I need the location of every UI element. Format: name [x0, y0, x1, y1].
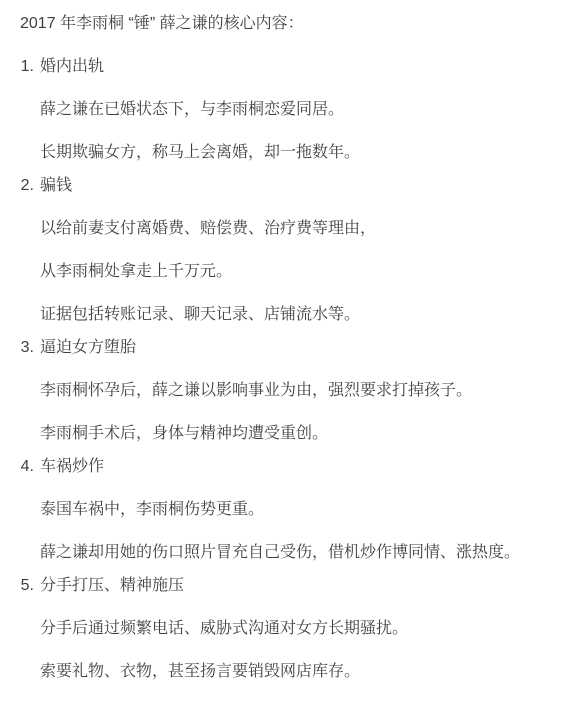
list-item-paragraph: 证据包括转账记录、聊天记录、店铺流水等。 — [40, 303, 552, 327]
list-item: 1. 婚内出轨 薛之谦在已婚状态下，与李雨桐恋爱同居。 长期欺骗女方，称马上会离… — [40, 55, 552, 165]
list-item-paragraph: 分手后通过频繁电话、威胁式沟通对女方长期骚扰。 — [40, 617, 552, 641]
list-item-number: 1. — [21, 55, 34, 79]
list-item-heading: 3. 逼迫女方堕胎 — [40, 336, 552, 360]
list-item-paragraph: 长期欺骗女方，称马上会离婚，却一拖数年。 — [40, 141, 552, 165]
list-item-title: 车祸炒作 — [40, 458, 104, 475]
list-item-title: 逼迫女方堕胎 — [40, 339, 136, 356]
list-item-paragraph: 以给前妻支付离婚费、赔偿费、治疗费等理由， — [40, 217, 552, 241]
list-item: 5. 分手打压、精神施压 分手后通过频繁电话、威胁式沟通对女方长期骚扰。 索要礼… — [40, 574, 552, 684]
page: { "colors": { "background": "#ffffff", "… — [0, 0, 570, 703]
list-item-title: 婚内出轨 — [40, 58, 104, 75]
list-item-title: 分手打压、精神施压 — [40, 577, 184, 594]
list-item-number: 4. — [21, 455, 34, 479]
list-item: 3. 逼迫女方堕胎 李雨桐怀孕后，薛之谦以影响事业为由，强烈要求打掉孩子。 李雨… — [40, 336, 552, 446]
document-body: 2017 年李雨桐 “锤” 薛之谦的核心内容： 1. 婚内出轨 薛之谦在已婚状态… — [0, 0, 570, 703]
list-item-heading: 5. 分手打压、精神施压 — [40, 574, 552, 598]
list-item-number: 2. — [21, 174, 34, 198]
list-item-number: 3. — [21, 336, 34, 360]
list-item-paragraph: 薛之谦在已婚状态下，与李雨桐恋爱同居。 — [40, 98, 552, 122]
list-item-heading: 1. 婚内出轨 — [40, 55, 552, 79]
list-item-paragraph: 索要礼物、衣物，甚至扬言要销毁网店库存。 — [40, 660, 552, 684]
list-item-paragraph: 李雨桐怀孕后，薛之谦以影响事业为由，强烈要求打掉孩子。 — [40, 379, 552, 403]
list-item-title: 骗钱 — [40, 177, 72, 194]
list-item-heading: 2. 骗钱 — [40, 174, 552, 198]
list-item-paragraph: 李雨桐手术后，身体与精神均遭受重创。 — [40, 422, 552, 446]
list-item-paragraph: 泰国车祸中，李雨桐伤势更重。 — [40, 498, 552, 522]
list-item-heading: 4. 车祸炒作 — [40, 455, 552, 479]
numbered-list: 1. 婚内出轨 薛之谦在已婚状态下，与李雨桐恋爱同居。 长期欺骗女方，称马上会离… — [20, 55, 552, 684]
list-item-paragraph: 从李雨桐处拿走上千万元。 — [40, 260, 552, 284]
list-item: 2. 骗钱 以给前妻支付离婚费、赔偿费、治疗费等理由， 从李雨桐处拿走上千万元。… — [40, 174, 552, 327]
list-item-paragraph: 薛之谦却用她的伤口照片冒充自己受伤，借机炒作博同情、涨热度。 — [40, 541, 552, 565]
list-item-number: 5. — [21, 574, 34, 598]
list-item: 4. 车祸炒作 泰国车祸中，李雨桐伤势更重。 薛之谦却用她的伤口照片冒充自己受伤… — [40, 455, 552, 565]
document-title: 2017 年李雨桐 “锤” 薛之谦的核心内容： — [20, 12, 552, 36]
